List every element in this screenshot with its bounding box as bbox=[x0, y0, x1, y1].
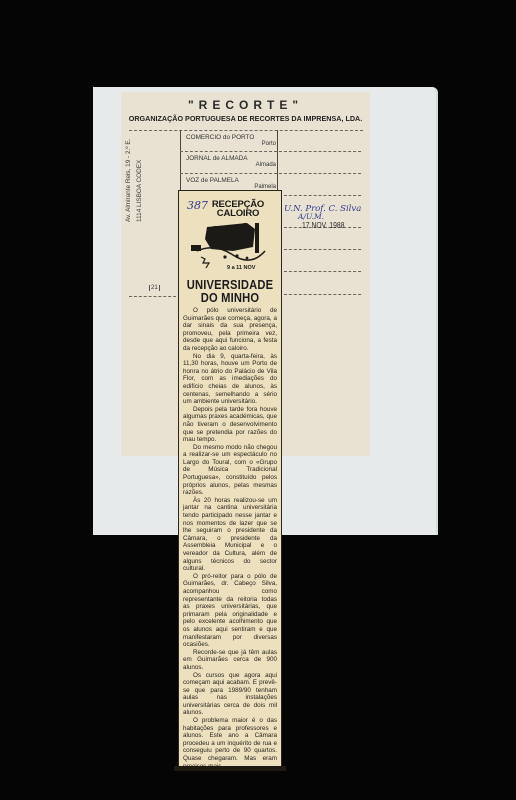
date-stamp: 17 NOV. 1988 bbox=[302, 221, 344, 230]
address-line: Av. Almirante Reis, 19 - 2.º E. bbox=[123, 122, 134, 222]
paragraph: Recorde-se que já têm aulas em Guimarães… bbox=[183, 649, 277, 672]
divider bbox=[279, 173, 361, 174]
paragraph: Depois pela tarde fora houve algumas pra… bbox=[183, 406, 277, 444]
divider bbox=[279, 294, 361, 295]
paragraph: O problema maior é o das habitações para… bbox=[183, 717, 277, 770]
publication-name: VOZ de PALMELA bbox=[186, 177, 276, 184]
divider bbox=[129, 130, 363, 131]
folio-number: 21 bbox=[149, 285, 160, 291]
address-line: 1114 LISBOA CODEX bbox=[134, 122, 145, 222]
divider bbox=[180, 173, 277, 174]
publication-name: JORNAL de ALMADA bbox=[186, 155, 276, 162]
handwritten-note: U.N. Prof. C. Silva A/U.M. bbox=[284, 205, 374, 221]
divider bbox=[129, 296, 181, 297]
paragraph: Os cursos que agora aqui começam aqui ac… bbox=[183, 672, 277, 718]
publication-city: Porto bbox=[186, 141, 276, 147]
paragraph: Do mesmo modo não chegou a realizar-se u… bbox=[183, 444, 277, 497]
publication-entry: JORNAL de ALMADA Almada bbox=[186, 155, 276, 168]
divider bbox=[279, 249, 361, 250]
article-body: O pólo universitário de Guimarães que co… bbox=[183, 307, 277, 770]
newspaper-clipping: 387 RECEPÇÃO CALOIRO 9 a 11 NOV UNIVERSI… bbox=[178, 190, 282, 768]
article-headline: UNIVERSIDADE DO MINHO bbox=[186, 278, 274, 304]
publication-entry: COMERCIO do PORTO Porto bbox=[186, 134, 276, 147]
headline-line: DO MINHO bbox=[186, 291, 274, 304]
recorte-address: Av. Almirante Reis, 19 - 2.º E. 1114 LIS… bbox=[123, 122, 163, 222]
publication-city: Almada bbox=[186, 162, 276, 168]
illustration-caption: 9 a 11 NOV bbox=[227, 265, 255, 271]
paragraph: No dia 9, quarta-feira, às 11,30 horas, … bbox=[183, 353, 277, 406]
recorte-title: "RECORTE" bbox=[121, 98, 370, 112]
divider bbox=[180, 151, 277, 152]
event-illustration: 387 RECEPÇÃO CALOIRO 9 a 11 NOV bbox=[185, 199, 273, 277]
divider bbox=[279, 271, 361, 272]
clipping-shadow-edge bbox=[174, 766, 286, 771]
handwritten-line: A/U.M. bbox=[284, 213, 374, 221]
paragraph: Às 20 horas realizou-se um jantar na can… bbox=[183, 497, 277, 573]
publication-entry: VOZ de PALMELA Palmela bbox=[186, 177, 276, 190]
paragraph: O pró-reitor para o pólo de Guimarães, d… bbox=[183, 573, 277, 649]
paragraph: O pólo universitário de Guimarães que co… bbox=[183, 307, 277, 353]
divider bbox=[279, 195, 361, 196]
publication-name: COMERCIO do PORTO bbox=[186, 134, 276, 141]
divider bbox=[279, 151, 361, 152]
